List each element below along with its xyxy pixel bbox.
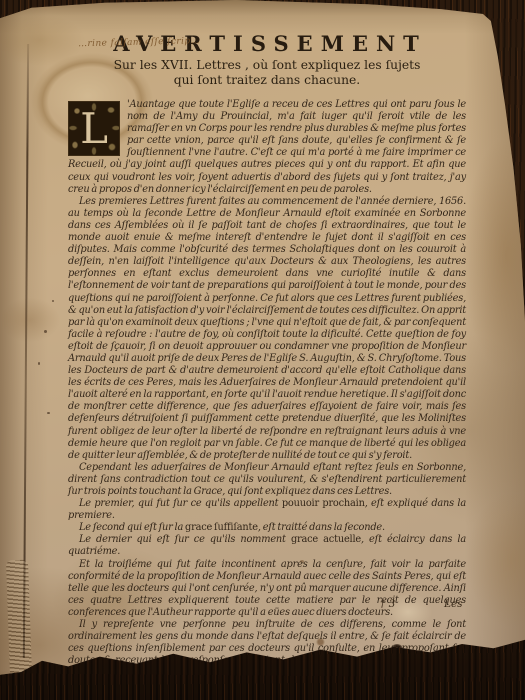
- printed-text-block: …rine falſam eſſe ſcrip… AVERTISSEMENT S…: [68, 24, 466, 680]
- paper-speck: [47, 412, 50, 414]
- subtitle-line-2: qui ſont traitez dans chacune.: [68, 73, 466, 88]
- body-paragraphs: L'Auantage que toute l'Egliſe a receu de…: [68, 99, 466, 680]
- emphasized-roman-term: grace ſuffiſante: [185, 522, 258, 533]
- catchword: Les: [444, 597, 463, 611]
- body-text: , eſt traitté dans la ſeconde.: [258, 522, 385, 533]
- gathering-signature-mark: † 3: [380, 597, 395, 611]
- body-text: Le dernier qui eſt ſur ce qu'ils nomment: [79, 534, 291, 545]
- body-text: Cependant les aduerſaires de Monſieur Ar…: [68, 462, 466, 497]
- emphasized-roman-term: grace actuelle: [291, 534, 361, 545]
- subtitle-line-1: Sur les XVII. Lettres , où ſont explique…: [68, 58, 466, 73]
- emphasized-roman-term: pouuoir prochain: [282, 498, 365, 509]
- paper-speck: [52, 300, 54, 302]
- paragraph: Le ſecond qui eſt ſur la grace ſuffiſant…: [68, 522, 466, 534]
- body-text: Les premieres Lettres furent faites au c…: [68, 196, 466, 461]
- paragraph: Le premier, qui fut ſur ce qu'ils appell…: [68, 498, 466, 522]
- body-text: 'Auantage que toute l'Egliſe a receu de …: [68, 99, 466, 195]
- ornamental-initial: L: [68, 101, 120, 156]
- paragraph: Les premieres Lettres furent faites au c…: [68, 196, 466, 462]
- binding-spine-frayed-edge: [6, 560, 32, 677]
- paragraph: Le dernier qui eſt ſur ce qu'ils nomment…: [68, 534, 466, 558]
- book-page: …rine falſam eſſe ſcrip… AVERTISSEMENT S…: [0, 0, 525, 700]
- paper-speck: [44, 330, 47, 333]
- body-text: Le premier, qui fut ſur ce qu'ils appell…: [79, 498, 282, 509]
- paper-speck: [38, 362, 40, 365]
- paragraph: Cependant les aduerſaires de Monſieur Ar…: [68, 462, 466, 498]
- signature-catchword-row: † 3 Les: [68, 597, 466, 611]
- body-text: Le ſecond qui eſt ſur la: [79, 522, 185, 533]
- paragraph: L'Auantage que toute l'Egliſe a receu de…: [68, 99, 466, 196]
